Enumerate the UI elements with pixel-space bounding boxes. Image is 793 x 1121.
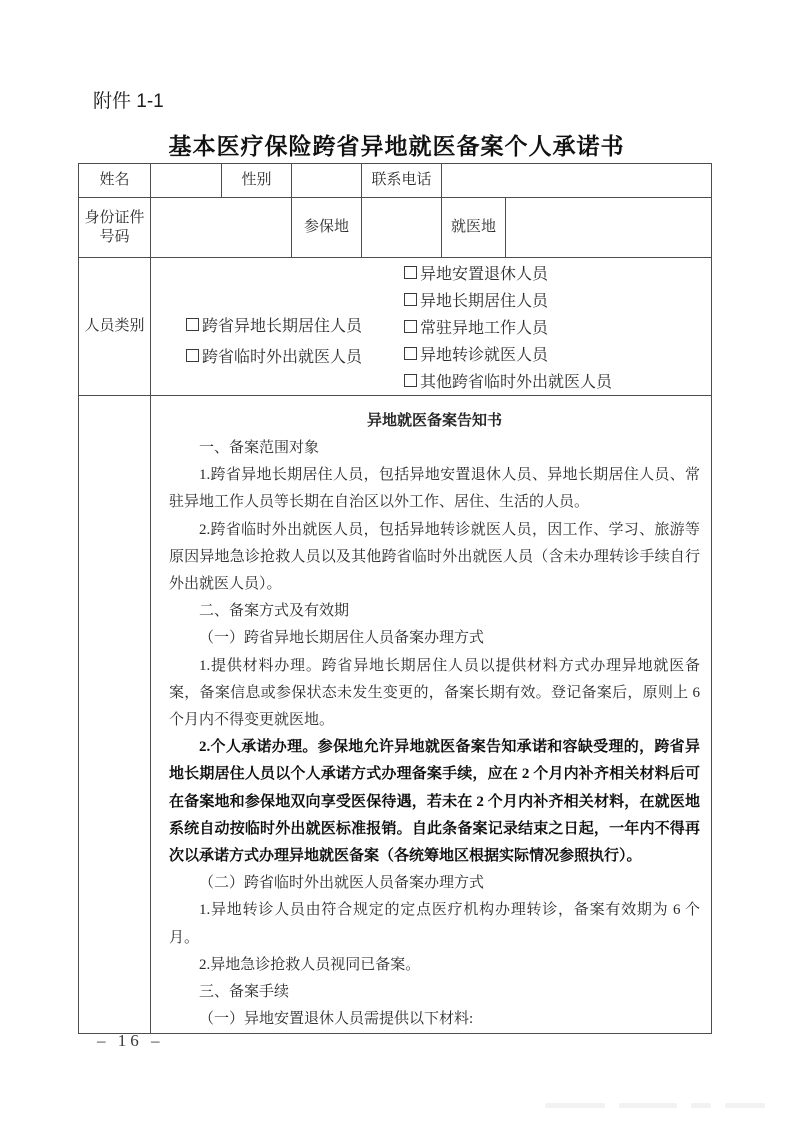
option-label: 异地长期居住人员 xyxy=(420,288,548,311)
notice-paragraph: 三、备案手续 xyxy=(169,979,700,1006)
notice-paragraph: 2.跨省临时外出就医人员，包括异地转诊就医人员，因工作、学习、旅游等原因异地急诊… xyxy=(169,517,700,599)
scan-artifact-mark xyxy=(725,1103,765,1108)
notice-paragraph: （二）跨省临时外出就医人员备案办理方式 xyxy=(169,870,700,897)
notice-title: 异地就医备案告知书 xyxy=(169,407,700,434)
treatment-place-label: 就医地 xyxy=(442,198,506,258)
form-row-basic-info: 姓名 性别 联系电话 xyxy=(79,164,712,198)
option-other-temporary[interactable]: 其他跨省临时外出就医人员 xyxy=(404,367,612,394)
id-number-field[interactable] xyxy=(151,198,292,258)
page-number: – 16 – xyxy=(97,1031,164,1051)
notice-paragraph-bold: 2.个人承诺办理。参保地允许异地就医备案告知承诺和容缺受理的，跨省异地长期居住人… xyxy=(169,734,700,870)
document-page: 附件 1-1 基本医疗保险跨省异地就医备案个人承诺书 姓名 性别 联系电话 身份… xyxy=(0,0,793,1121)
option-label: 跨省临时外出就医人员 xyxy=(202,344,362,367)
name-field[interactable] xyxy=(151,164,222,198)
document-title: 基本医疗保险跨省异地就医备案个人承诺书 xyxy=(0,128,793,161)
checkbox-icon[interactable] xyxy=(186,318,199,331)
gender-label: 性别 xyxy=(222,164,292,198)
checkbox-icon[interactable] xyxy=(186,349,199,362)
person-category-label: 人员类别 xyxy=(79,258,151,396)
form-table: 姓名 性别 联系电话 身份证件号码 参保地 就医地 人员类别 跨省异地长期居住人… xyxy=(78,163,712,1034)
gender-field[interactable] xyxy=(292,164,362,198)
form-row-id-places: 身份证件号码 参保地 就医地 xyxy=(79,198,712,258)
checkbox-icon[interactable] xyxy=(404,266,417,279)
option-long-term-resident[interactable]: 异地长期居住人员 xyxy=(404,286,612,313)
id-number-label: 身份证件号码 xyxy=(79,198,151,258)
scan-artifact-mark xyxy=(545,1103,605,1108)
phone-label: 联系电话 xyxy=(362,164,442,198)
notice-side-cell xyxy=(79,396,151,1034)
notice-paragraph: 二、备案方式及有效期 xyxy=(169,598,700,625)
option-cross-province-temporary[interactable]: 跨省临时外出就医人员 xyxy=(186,340,362,371)
checkbox-icon[interactable] xyxy=(404,374,417,387)
option-label: 跨省异地长期居住人员 xyxy=(202,313,362,336)
checkbox-icon[interactable] xyxy=(404,347,417,360)
form-row-notice: 异地就医备案告知书 一、备案范围对象 1.跨省异地长期居住人员，包括异地安置退休… xyxy=(79,396,712,1034)
scan-artifact-mark xyxy=(619,1103,677,1108)
notice-paragraph: 1.跨省异地长期居住人员，包括异地安置退休人员、异地长期居住人员、常驻异地工作人… xyxy=(169,462,700,516)
notice-paragraph: （一）异地安置退休人员需提供以下材料: xyxy=(169,1006,700,1033)
notice-paragraph: 一、备案范围对象 xyxy=(169,435,700,462)
category-right-group: 异地安置退休人员 异地长期居住人员 常驻异地工作人员 异地转诊就医人员 xyxy=(404,259,612,394)
option-label: 异地转诊就医人员 xyxy=(420,342,548,365)
name-label: 姓名 xyxy=(79,164,151,198)
scan-artifact xyxy=(545,1103,791,1110)
notice-body: 异地就医备案告知书 一、备案范围对象 1.跨省异地长期居住人员，包括异地安置退休… xyxy=(151,396,712,1034)
checkbox-icon[interactable] xyxy=(404,320,417,333)
option-relocated-retiree[interactable]: 异地安置退休人员 xyxy=(404,259,612,286)
notice-paragraph: 1.异地转诊人员由符合规定的定点医疗机构办理转诊，备案有效期为 6 个月。 xyxy=(169,897,700,951)
insured-place-field[interactable] xyxy=(362,198,442,258)
category-left-group: 跨省异地长期居住人员 跨省临时外出就医人员 xyxy=(186,309,362,371)
checkbox-icon[interactable] xyxy=(404,293,417,306)
notice-paragraph: 2.异地急诊抢救人员视同已备案。 xyxy=(169,952,700,979)
form-row-person-category: 人员类别 跨省异地长期居住人员 跨省临时外出就医人员 异地安置退休人员 xyxy=(79,258,712,396)
option-stationed-worker[interactable]: 常驻异地工作人员 xyxy=(404,313,612,340)
insured-place-label: 参保地 xyxy=(292,198,362,258)
notice-paragraph: （一）跨省异地长期居住人员备案办理方式 xyxy=(169,625,700,652)
option-referral-patient[interactable]: 异地转诊就医人员 xyxy=(404,340,612,367)
person-category-options: 跨省异地长期居住人员 跨省临时外出就医人员 异地安置退休人员 异地长期居住人员 xyxy=(151,258,712,396)
option-label: 常驻异地工作人员 xyxy=(420,315,548,338)
attachment-label: 附件 1-1 xyxy=(93,86,164,113)
phone-field[interactable] xyxy=(442,164,712,198)
option-label: 其他跨省临时外出就医人员 xyxy=(420,369,612,392)
notice-paragraph: 1.提供材料办理。跨省异地长期居住人员以提供材料方式办理异地就医备案，备案信息或… xyxy=(169,653,700,735)
treatment-place-field[interactable] xyxy=(506,198,712,258)
option-cross-province-long-term[interactable]: 跨省异地长期居住人员 xyxy=(186,309,362,340)
scan-artifact-mark xyxy=(691,1103,711,1108)
option-label: 异地安置退休人员 xyxy=(420,261,548,284)
